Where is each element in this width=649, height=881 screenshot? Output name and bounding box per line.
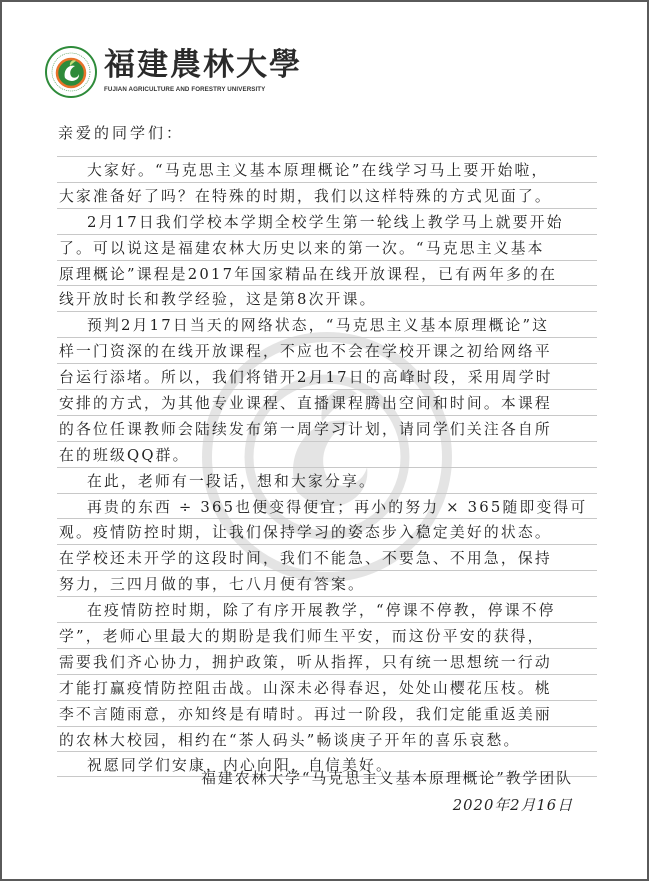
salutation: 亲爱的同学们： [58, 122, 184, 143]
university-name-chinese: 福建農林大學 [104, 47, 302, 83]
body-line-text: 安排的方式，为其他专业课程、直播课程腾出空间和时间。本课程 [59, 392, 552, 413]
body-line-text: 在此，老师有一段话，想和大家分享。 [87, 470, 376, 491]
body-line: 预判2月17日当天的网络状态，“马克思主义基本原理概论”这 [57, 311, 597, 337]
body-line: 台运行添堵。所以，我们将错开2月17日的高峰时段，采用周学时 [57, 363, 597, 389]
body-line-text: 的农林大校园，相约在“茶人码头”畅谈庚子开年的喜乐哀愁。 [59, 729, 520, 750]
body-line-text: 观。疫情防控时期，让我们保持学习的姿态步入稳定美好的状态。 [59, 521, 552, 542]
body-line-text: 再贵的东西 ÷ 365也便变得便宜；再小的努力 × 365随即变得可 [87, 496, 587, 517]
body-line-text: 台运行添堵。所以，我们将错开2月17日的高峰时段，采用周学时 [59, 366, 553, 387]
body-line: 李不言随雨意，亦知终是有晴时。再过一阶段，我们定能重返美丽 [57, 700, 597, 726]
body-line-text: 原理概论”课程是2017年国家精品在线开放课程，已有两年多的在 [59, 263, 557, 284]
body-line: 在疫情防控时期，除了有序开展教学，“停课不停教，停课不停 [57, 596, 597, 622]
body-line-text: 了。可以说这是福建农林大历史以来的第一次。“马克思主义基本 [59, 237, 545, 258]
body-line-text: 预判2月17日当天的网络状态，“马克思主义基本原理概论”这 [87, 314, 549, 335]
body-line: 学”，老师心里最大的期盼是我们师生平安，而这份平安的获得， [57, 622, 597, 648]
letter-page: 福建農林大學 FUJIAN AGRICULTURE AND FORESTRY U… [0, 0, 649, 881]
university-emblem-icon [45, 46, 97, 98]
body-line-text: 需要我们齐心协力，拥护政策，听从指挥，只有统一思想统一行动 [59, 651, 552, 672]
body-line: 在学校还未开学的这段时间，我们不能急、不要急、不用急，保持 [57, 544, 597, 570]
body-line: 在的班级QQ群。 [57, 441, 597, 467]
body-line-text: 在疫情防控时期，除了有序开展教学，“停课不停教，停课不停 [87, 599, 556, 620]
body-line-text: 的各位任课教师会陆续发布第一周学习计划，请同学们关注各自所 [59, 418, 552, 439]
body-line-text: 在学校还未开学的这段时间，我们不能急、不要急、不用急，保持 [59, 547, 552, 568]
body-line-text: 大家准备好了吗？在特殊的时期，我们以这样特殊的方式见面了。 [59, 185, 552, 206]
body-line-text: 线开放时长和教学经验，这是第8次开课。 [59, 288, 377, 309]
body-line: 大家准备好了吗？在特殊的时期，我们以这样特殊的方式见面了。 [57, 182, 597, 208]
body-line: 样一门资深的在线开放课程，不应也不会在学校开课之初给网络平 [57, 337, 597, 363]
body-line: 在此，老师有一段话，想和大家分享。 [57, 467, 597, 493]
body-line-text: 李不言随雨意，亦知终是有晴时。再过一阶段，我们定能重返美丽 [59, 703, 552, 724]
body-line: 大家好。“马克思主义基本原理概论”在线学习马上要开始啦， [57, 156, 597, 182]
body-line-text: 努力，三四月做的事，七八月便有答案。 [59, 573, 365, 594]
body-line-text: 2月17日我们学校本学期全校学生第一轮线上教学马上就要开始 [87, 211, 564, 232]
body-line-text: 大家好。“马克思主义基本原理概论”在线学习马上要开始啦， [87, 159, 548, 180]
body-line-text: 样一门资深的在线开放课程，不应也不会在学校开课之初给网络平 [59, 340, 552, 361]
body-line: 再贵的东西 ÷ 365也便变得便宜；再小的努力 × 365随即变得可 [57, 493, 597, 519]
body-line: 才能打赢疫情防控阻击战。山深未必得春迟，处处山樱花压枝。桃 [57, 674, 597, 700]
body-line: 的农林大校园，相约在“茶人码头”畅谈庚子开年的喜乐哀愁。 [57, 726, 597, 752]
body-line: 了。可以说这是福建农林大历史以来的第一次。“马克思主义基本 [57, 234, 597, 260]
body-line: 线开放时长和教学经验，这是第8次开课。 [57, 285, 597, 311]
body-line: 努力，三四月做的事，七八月便有答案。 [57, 570, 597, 596]
university-name-english: FUJIAN AGRICULTURE AND FORESTRY UNIVERSI… [104, 86, 265, 93]
body-line: 安排的方式，为其他专业课程、直播课程腾出空间和时间。本课程 [57, 389, 597, 415]
body-line: 观。疫情防控时期，让我们保持学习的姿态步入稳定美好的状态。 [57, 518, 597, 544]
letter-date: 2020年2月16日 [453, 794, 573, 815]
body-line: 的各位任课教师会陆续发布第一周学习计划，请同学们关注各自所 [57, 415, 597, 441]
signature: 福建农林大学“马克思主义基本原理概论”教学团队 [201, 767, 573, 788]
letter-body: 大家好。“马克思主义基本原理概论”在线学习马上要开始啦， 大家准备好了吗？在特殊… [57, 156, 597, 777]
body-line-text: 学”，老师心里最大的期盼是我们师生平安，而这份平安的获得， [59, 625, 545, 646]
body-line: 2月17日我们学校本学期全校学生第一轮线上教学马上就要开始 [57, 208, 597, 234]
body-line: 需要我们齐心协力，拥护政策，听从指挥，只有统一思想统一行动 [57, 648, 597, 674]
body-line: 原理概论”课程是2017年国家精品在线开放课程，已有两年多的在 [57, 260, 597, 286]
body-line-text: 才能打赢疫情防控阻击战。山深未必得春迟，处处山樱花压枝。桃 [59, 677, 552, 698]
body-line-text: 在的班级QQ群。 [59, 444, 190, 465]
